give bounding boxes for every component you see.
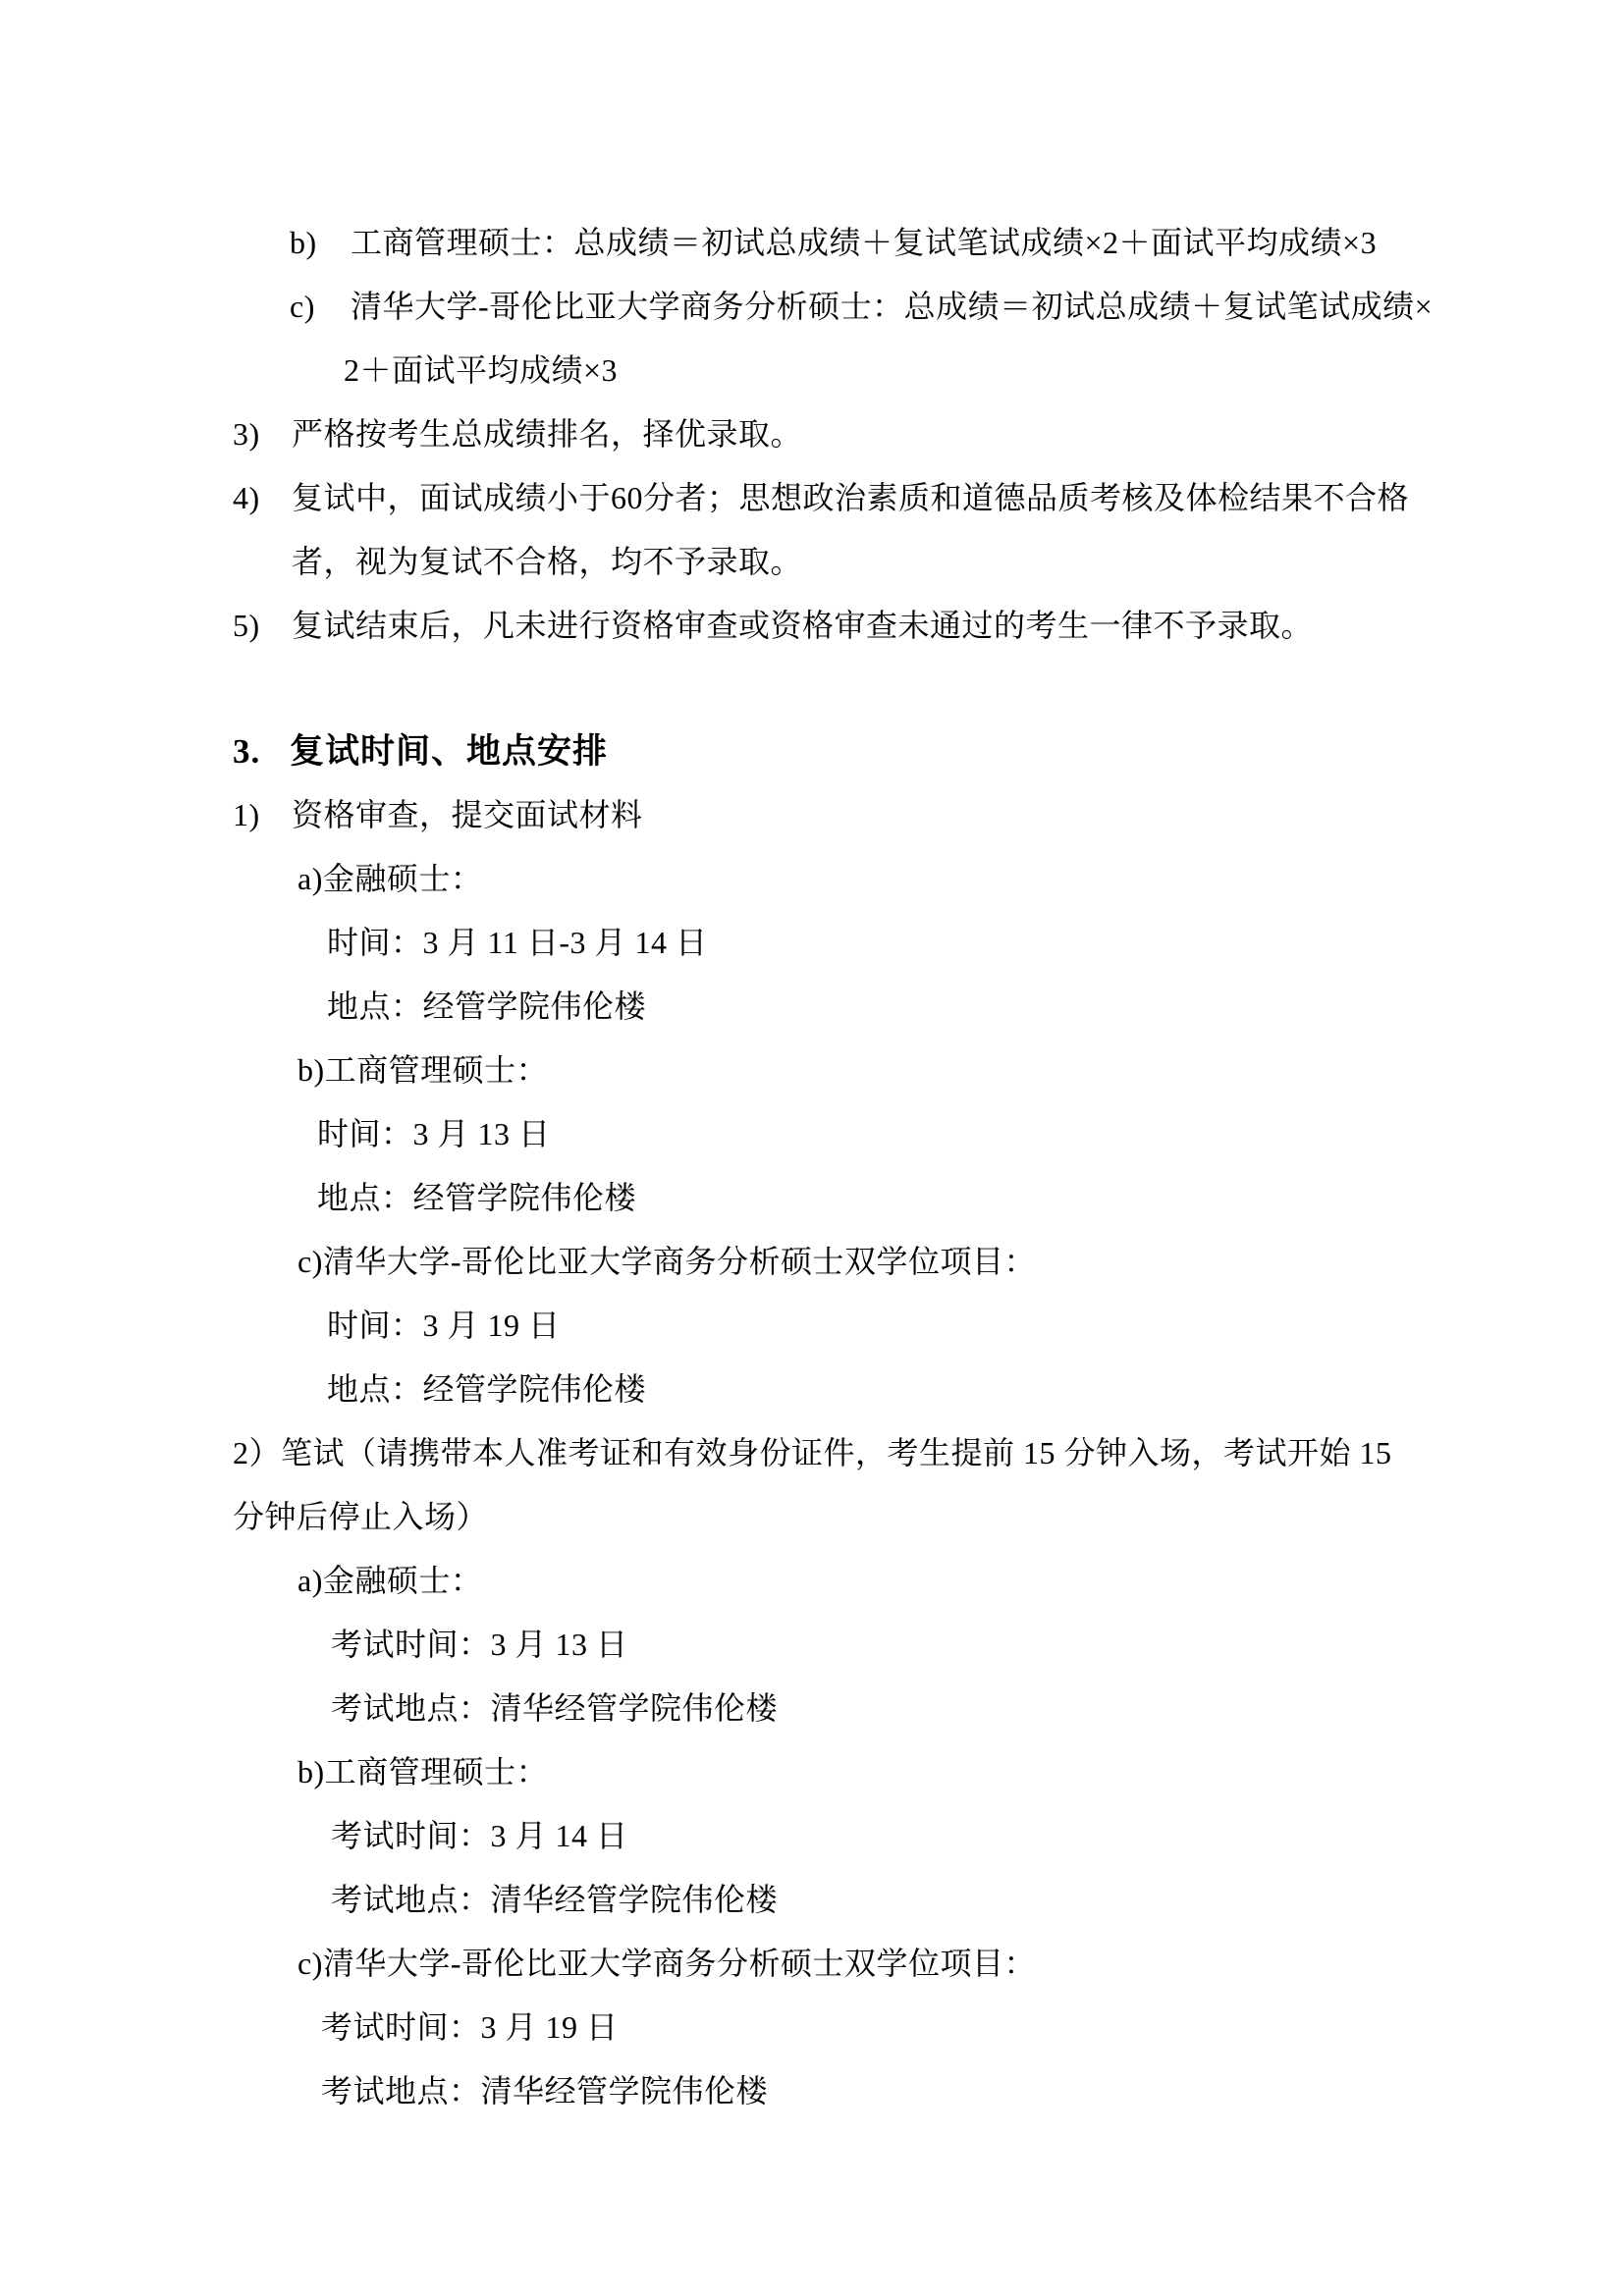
written-exam-intro-continuation: 分钟后停止入场） xyxy=(233,1485,1447,1549)
detail-place: 地点：经管学院伟伦楼 xyxy=(233,1358,1447,1421)
rule-item-4: 4)复试中，面试成绩小于60分者；思想政治素质和道德品质考核及体检结果不合格 xyxy=(233,466,1447,530)
program-mba-label: b)工商管理硕士： xyxy=(298,1052,548,1088)
exam-detail-time: 考试时间：3 月 13 日 xyxy=(233,1613,1447,1677)
rule-4-text-cont: 者，视为复试不合格，均不予录取。 xyxy=(292,544,802,579)
list-marker-c: c) xyxy=(290,275,351,339)
exam-detail-time: 考试时间：3 月 14 日 xyxy=(233,1804,1447,1868)
written-exam-intro-line2: 分钟后停止入场） xyxy=(233,1499,488,1534)
qualification-title: 资格审查，提交面试材料 xyxy=(292,797,643,832)
finance-time-text: 时间：3 月 11 日-3 月 14 日 xyxy=(327,925,707,960)
exam-detail-time: 考试时间：3 月 19 日 xyxy=(233,1996,1447,2059)
rule-5-text: 复试结束后，凡未进行资格审查或资格审查未通过的考生一律不予录取。 xyxy=(292,608,1313,643)
written-exam-intro: 2）笔试（请携带本人准考证和有效身份证件，考生提前 15 分钟入场，考试开始 1… xyxy=(233,1421,1447,1485)
exam-detail-place: 考试地点：清华经管学院伟伦楼 xyxy=(233,1677,1447,1740)
detail-time: 时间：3 月 19 日 xyxy=(233,1294,1447,1358)
exam-mba-label: b)工商管理硕士： xyxy=(298,1754,548,1789)
exam-finance-label: a)金融硕士： xyxy=(298,1563,482,1598)
document-content: b)工商管理硕士：总成绩＝初试总成绩＋复试笔试成绩×2＋面试平均成绩×3 c)清… xyxy=(0,0,1624,2123)
exam-program-item-mba: b)工商管理硕士： xyxy=(233,1740,1447,1804)
exam-msba-label: c)清华大学-哥伦比亚大学商务分析硕士双学位项目： xyxy=(298,1946,1036,1981)
exam-msba-time-text: 考试时间：3 月 19 日 xyxy=(321,2009,619,2045)
rule-item-4-continuation: 者，视为复试不合格，均不予录取。 xyxy=(233,530,1447,594)
mba-place-text: 地点：经管学院伟伦楼 xyxy=(317,1180,636,1215)
mba-time-text: 时间：3 月 13 日 xyxy=(317,1116,551,1151)
formula-item-msba: c)清华大学-哥伦比亚大学商务分析硕士：总成绩＝初试总成绩＋复试笔试成绩× xyxy=(233,275,1447,339)
msba-place-text: 地点：经管学院伟伦楼 xyxy=(327,1371,646,1407)
written-exam-intro-line1: 2）笔试（请携带本人准考证和有效身份证件，考生提前 15 分钟入场，考试开始 1… xyxy=(233,1435,1392,1470)
formula-msba-text-cont: 2＋面试平均成绩×3 xyxy=(344,352,618,388)
exam-program-item-finance: a)金融硕士： xyxy=(233,1549,1447,1613)
exam-detail-place: 考试地点：清华经管学院伟伦楼 xyxy=(233,1868,1447,1932)
list-marker-5: 5) xyxy=(233,594,292,658)
section-heading: 3.复试时间、地点安排 xyxy=(233,720,1447,783)
list-marker-3: 3) xyxy=(233,402,292,466)
msba-time-text: 时间：3 月 19 日 xyxy=(327,1308,561,1343)
exam-mba-place-text: 考试地点：清华经管学院伟伦楼 xyxy=(331,1882,778,1917)
exam-msba-place-text: 考试地点：清华经管学院伟伦楼 xyxy=(321,2073,768,2109)
list-marker-b: b) xyxy=(290,211,351,275)
formula-item-mba: b)工商管理硕士：总成绩＝初试总成绩＋复试笔试成绩×2＋面试平均成绩×3 xyxy=(233,211,1447,275)
exam-program-item-msba: c)清华大学-哥伦比亚大学商务分析硕士双学位项目： xyxy=(233,1932,1447,1996)
detail-place: 地点：经管学院伟伦楼 xyxy=(233,975,1447,1039)
rule-3-text: 严格按考生总成绩排名，择优录取。 xyxy=(292,416,802,452)
document-page: b)工商管理硕士：总成绩＝初试总成绩＋复试笔试成绩×2＋面试平均成绩×3 c)清… xyxy=(0,0,1624,2296)
exam-mba-time-text: 考试时间：3 月 14 日 xyxy=(331,1818,628,1853)
program-item-finance: a)金融硕士： xyxy=(233,847,1447,911)
list-marker-4: 4) xyxy=(233,466,292,530)
exam-finance-time-text: 考试时间：3 月 13 日 xyxy=(331,1627,628,1662)
detail-time: 时间：3 月 13 日 xyxy=(233,1102,1447,1166)
section-heading-title: 复试时间、地点安排 xyxy=(290,732,608,771)
program-item-msba: c)清华大学-哥伦比亚大学商务分析硕士双学位项目： xyxy=(233,1230,1447,1294)
rule-item-5: 5)复试结束后，凡未进行资格审查或资格审查未通过的考生一律不予录取。 xyxy=(233,594,1447,658)
exam-detail-place: 考试地点：清华经管学院伟伦楼 xyxy=(233,2059,1447,2123)
section-heading-number: 3. xyxy=(233,720,290,783)
exam-finance-place-text: 考试地点：清华经管学院伟伦楼 xyxy=(331,1690,778,1726)
program-item-mba: b)工商管理硕士： xyxy=(233,1039,1447,1102)
formula-mba-text: 工商管理硕士：总成绩＝初试总成绩＋复试笔试成绩×2＋面试平均成绩×3 xyxy=(351,225,1377,260)
detail-place: 地点：经管学院伟伦楼 xyxy=(233,1166,1447,1230)
program-msba-label: c)清华大学-哥伦比亚大学商务分析硕士双学位项目： xyxy=(298,1244,1036,1279)
formula-msba-text: 清华大学-哥伦比亚大学商务分析硕士：总成绩＝初试总成绩＋复试笔试成绩× xyxy=(351,289,1433,324)
qualification-item: 1)资格审查，提交面试材料 xyxy=(233,783,1447,847)
list-marker-1: 1) xyxy=(233,783,292,847)
detail-time: 时间：3 月 11 日-3 月 14 日 xyxy=(233,911,1447,975)
rule-4-text: 复试中，面试成绩小于60分者；思想政治素质和道德品质考核及体检结果不合格 xyxy=(292,480,1409,515)
formula-msba-continuation: 2＋面试平均成绩×3 xyxy=(233,339,1447,402)
finance-place-text: 地点：经管学院伟伦楼 xyxy=(327,988,646,1024)
rule-item-3: 3)严格按考生总成绩排名，择优录取。 xyxy=(233,402,1447,466)
program-finance-label: a)金融硕士： xyxy=(298,861,482,896)
